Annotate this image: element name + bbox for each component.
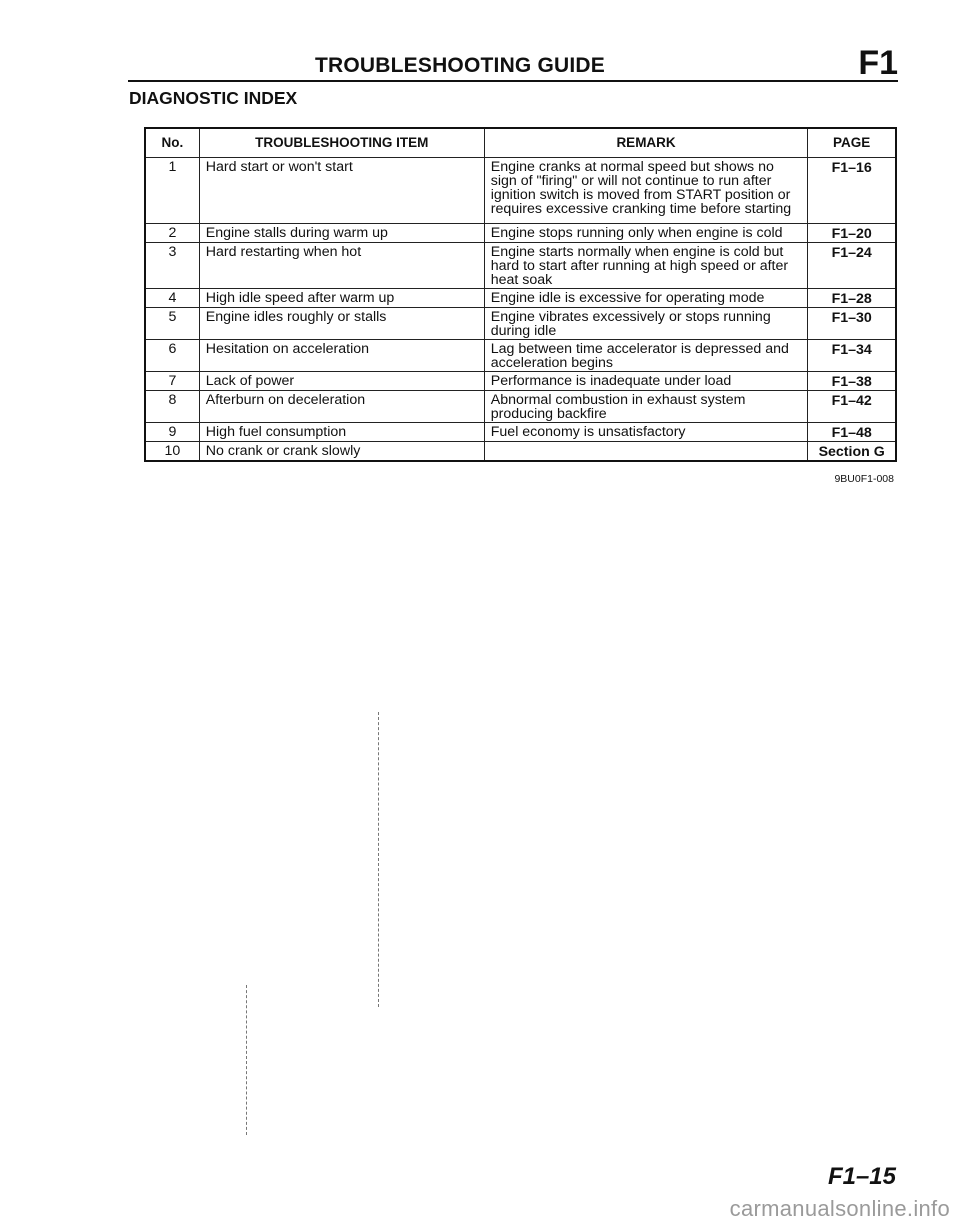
cell-item: High idle speed after warm up [199, 289, 484, 308]
cell-item: Hard start or won't start [199, 158, 484, 224]
cell-remark: Engine stops running only when engine is… [484, 224, 808, 243]
cell-item: No crank or crank slowly [199, 442, 484, 462]
cell-remark: Engine starts normally when engine is co… [484, 243, 808, 289]
table-row: 9High fuel consumptionFuel economy is un… [145, 423, 896, 442]
cell-page: F1–20 [808, 224, 896, 243]
table-row: 8Afterburn on decelerationAbnormal combu… [145, 391, 896, 423]
table-row: 10No crank or crank slowlySection G [145, 442, 896, 462]
cell-remark: Engine vibrates excessively or stops run… [484, 308, 808, 340]
cell-no: 1 [145, 158, 199, 224]
cell-no: 7 [145, 372, 199, 391]
cell-page: F1–16 [808, 158, 896, 224]
cell-remark: Lag between time accelerator is depresse… [484, 340, 808, 372]
cell-item: Hard restarting when hot [199, 243, 484, 289]
cell-page: F1–38 [808, 372, 896, 391]
section-subtitle: DIAGNOSTIC INDEX [129, 88, 297, 109]
figure-code: 9BU0F1-008 [834, 473, 894, 485]
cell-item: Afterburn on deceleration [199, 391, 484, 423]
cell-remark: Engine idle is excessive for operating m… [484, 289, 808, 308]
cell-remark: Fuel economy is unsatisfactory [484, 423, 808, 442]
page-number: F1–15 [828, 1163, 896, 1191]
cell-page: F1–42 [808, 391, 896, 423]
table-row: 4High idle speed after warm upEngine idl… [145, 289, 896, 308]
cell-page: F1–28 [808, 289, 896, 308]
cell-no: 8 [145, 391, 199, 423]
cell-remark: Performance is inadequate under load [484, 372, 808, 391]
column-header-no: No. [145, 128, 199, 158]
cell-no: 3 [145, 243, 199, 289]
cell-page: F1–34 [808, 340, 896, 372]
cell-page: F1–24 [808, 243, 896, 289]
cell-item: Engine idles roughly or stalls [199, 308, 484, 340]
cell-no: 2 [145, 224, 199, 243]
table-row: 5Engine idles roughly or stallsEngine vi… [145, 308, 896, 340]
cell-no: 10 [145, 442, 199, 462]
column-header-page: PAGE [808, 128, 896, 158]
diagnostic-index-table: No. TROUBLESHOOTING ITEM REMARK PAGE 1Ha… [144, 127, 897, 462]
column-header-remark: REMARK [484, 128, 808, 158]
cell-no: 4 [145, 289, 199, 308]
scan-artifact-line [246, 985, 247, 1135]
column-header-item: TROUBLESHOOTING ITEM [199, 128, 484, 158]
section-code: F1 [858, 44, 898, 83]
cell-no: 6 [145, 340, 199, 372]
scan-artifact-line [378, 712, 379, 1007]
cell-no: 5 [145, 308, 199, 340]
table-row: 7Lack of powerPerformance is inadequate … [145, 372, 896, 391]
table-row: 6Hesitation on accelerationLag between t… [145, 340, 896, 372]
table-header-row: No. TROUBLESHOOTING ITEM REMARK PAGE [145, 128, 896, 158]
table-row: 2Engine stalls during warm upEngine stop… [145, 224, 896, 243]
watermark: carmanualsonline.info [730, 1196, 950, 1222]
cell-page: F1–30 [808, 308, 896, 340]
header-rule [128, 80, 898, 82]
page-header-title: TROUBLESHOOTING GUIDE [0, 54, 960, 78]
cell-no: 9 [145, 423, 199, 442]
table-row: 3Hard restarting when hotEngine starts n… [145, 243, 896, 289]
cell-page: Section G [808, 442, 896, 462]
cell-remark: Engine cranks at normal speed but shows … [484, 158, 808, 224]
header-title-text: TROUBLESHOOTING GUIDE [315, 54, 605, 77]
cell-remark: Abnormal combustion in exhaust system pr… [484, 391, 808, 423]
cell-remark [484, 442, 808, 462]
cell-item: Hesitation on acceleration [199, 340, 484, 372]
cell-item: Engine stalls during warm up [199, 224, 484, 243]
cell-item: High fuel consumption [199, 423, 484, 442]
table-row: 1Hard start or won't startEngine cranks … [145, 158, 896, 224]
cell-item: Lack of power [199, 372, 484, 391]
cell-page: F1–48 [808, 423, 896, 442]
